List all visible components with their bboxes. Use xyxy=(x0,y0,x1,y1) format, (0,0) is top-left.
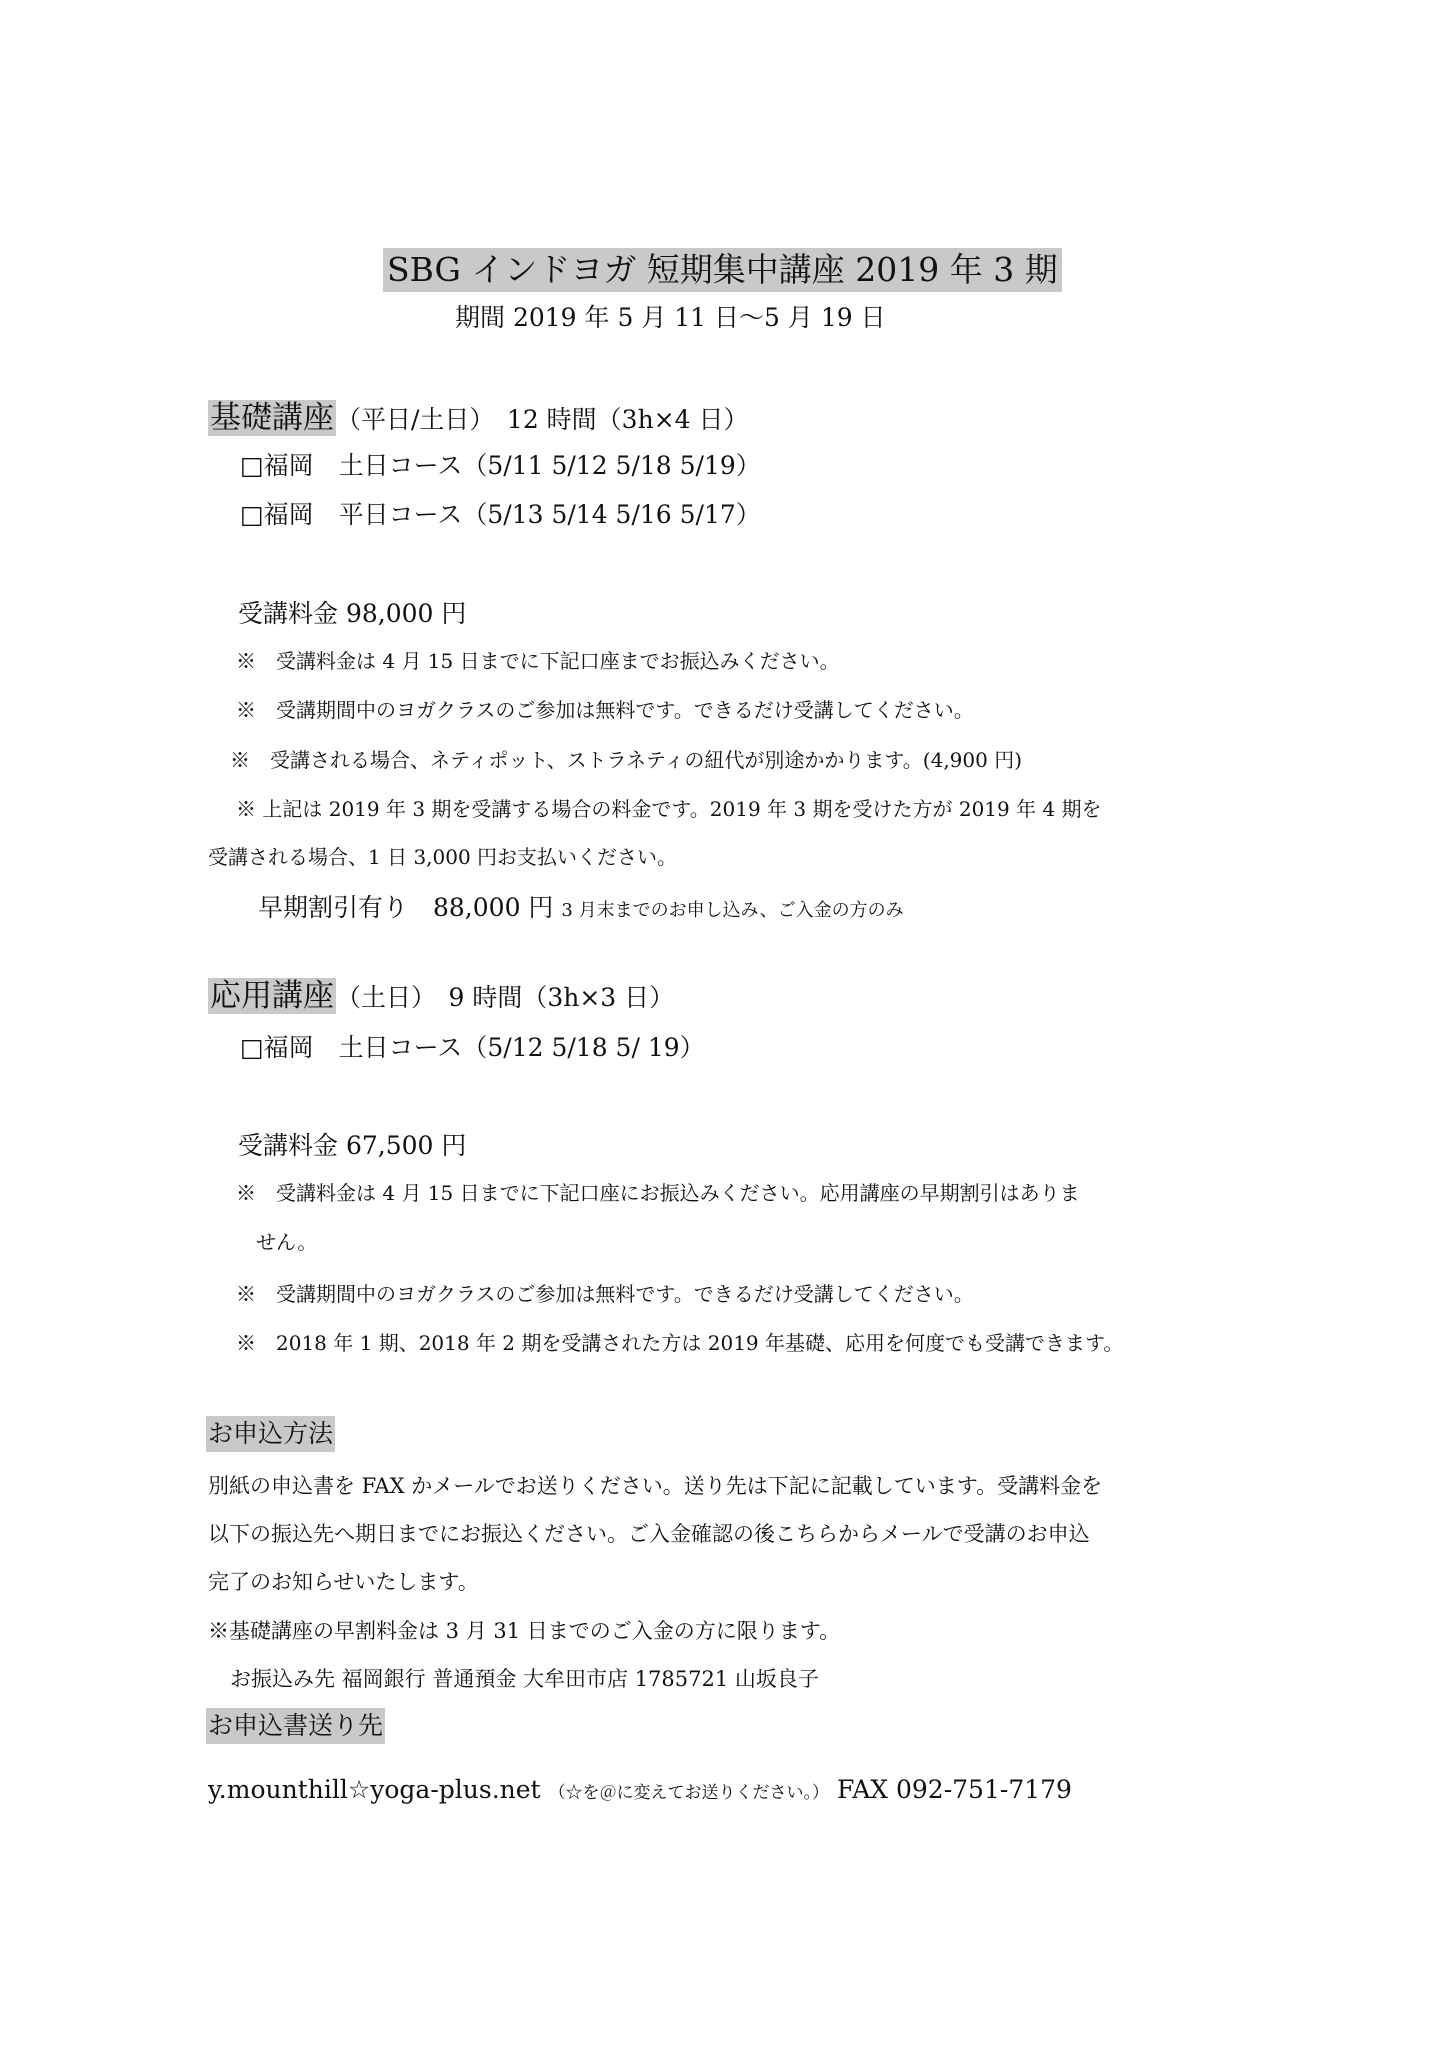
advanced-note-1: ※ 受講料金は 4 月 15 日までに下記口座にお振込みください。応用講座の早期… xyxy=(236,1178,1080,1208)
advanced-option-weekend[interactable]: □福岡 土日コース（5/12 5/18 5/ 19） xyxy=(240,1030,705,1066)
application-paragraph-3: 完了のお知らせいたします。 xyxy=(208,1567,479,1597)
basic-note-2: ※ 受講期間中のヨガクラスのご参加は無料です。できるだけ受講してください。 xyxy=(236,695,974,725)
early-discount-label: 早期割引有り 88,000 円 xyxy=(258,893,553,922)
early-payment-note: ※基礎講座の早割料金は 3 月 31 日までのご入金の方に限ります。 xyxy=(208,1616,840,1646)
advanced-note-3: ※ 2018 年 1 期、2018 年 2 期を受講された方は 2019 年基礎… xyxy=(236,1328,1123,1358)
option-text: 福岡 土日コース（5/11 5/12 5/18 5/19） xyxy=(264,451,761,480)
early-discount: 早期割引有り 88,000 円 3 月末までのお申し込み、ご入金の方のみ xyxy=(258,890,904,929)
basic-course-label: 基礎講座 xyxy=(208,400,336,436)
basic-course-fee: 受講料金 98,000 円 xyxy=(238,596,466,632)
basic-option-weekend[interactable]: □福岡 土日コース（5/11 5/12 5/18 5/19） xyxy=(240,448,761,484)
send-to-heading: お申込書送り先 xyxy=(206,1708,385,1744)
bank-info: お振込み先 福岡銀行 普通預金 大牟田市店 1785721 山坂良子 xyxy=(230,1664,819,1694)
option-text: 福岡 平日コース（5/13 5/14 5/16 5/17） xyxy=(264,500,761,529)
application-paragraph-2: 以下の振込先へ期日までにお振込ください。ご入金確認の後こちらからメールで受講のお… xyxy=(208,1519,1090,1549)
fax-number: FAX 092-751-7179 xyxy=(837,1775,1072,1804)
early-discount-condition: 3 月末までのお申し込み、ご入金の方のみ xyxy=(561,900,903,921)
advanced-course-detail: （土日） 9 時間（3h×3 日） xyxy=(336,983,674,1012)
basic-course-heading: 基礎講座（平日/土日） 12 時間（3h×4 日） xyxy=(208,396,749,442)
application-heading: お申込方法 xyxy=(206,1416,335,1452)
basic-note-4: ※ 上記は 2019 年 3 期を受講する場合の料金です。2019 年 3 期を… xyxy=(236,794,1102,824)
advanced-course-heading: 応用講座（土日） 9 時間（3h×3 日） xyxy=(208,974,674,1020)
advanced-note-2: ※ 受講期間中のヨガクラスのご参加は無料です。できるだけ受講してください。 xyxy=(236,1279,974,1309)
basic-option-weekday[interactable]: □福岡 平日コース（5/13 5/14 5/16 5/17） xyxy=(240,497,761,533)
advanced-course-label: 応用講座 xyxy=(208,978,336,1014)
option-text: 福岡 土日コース（5/12 5/18 5/ 19） xyxy=(264,1033,705,1062)
checkbox-icon[interactable]: □ xyxy=(240,1033,264,1062)
advanced-course-fee: 受講料金 67,500 円 xyxy=(238,1128,466,1164)
basic-note-1: ※ 受講料金は 4 月 15 日までに下記口座までお振込みください。 xyxy=(236,646,840,676)
basic-note-3: ※ 受講される場合、ネティポット、ストラネティの紐代が別途かかります。(4,90… xyxy=(230,745,1022,775)
document-title: SBG インドヨガ 短期集中講座 2019 年 3 期 xyxy=(383,248,1062,292)
contact-line: y.mounthill☆yoga-plus.net （☆を＠に変えてお送りくださ… xyxy=(208,1772,1072,1811)
checkbox-icon[interactable]: □ xyxy=(240,500,264,529)
basic-note-5: 受講される場合、1 日 3,000 円お支払いください。 xyxy=(208,842,677,872)
application-paragraph-1: 別紙の申込書を FAX かメールでお送りください。送り先は下記に記載しています。… xyxy=(208,1471,1102,1501)
course-period: 期間 2019 年 5 月 11 日～5 月 19 日 xyxy=(455,300,886,336)
advanced-note-1-cont: せん。 xyxy=(256,1227,317,1257)
email-note: （☆を＠に変えてお送りください。） xyxy=(549,1783,830,1803)
basic-course-detail: （平日/土日） 12 時間（3h×4 日） xyxy=(336,405,749,434)
email-address[interactable]: y.mounthill☆yoga-plus.net xyxy=(208,1775,541,1804)
checkbox-icon[interactable]: □ xyxy=(240,451,264,480)
